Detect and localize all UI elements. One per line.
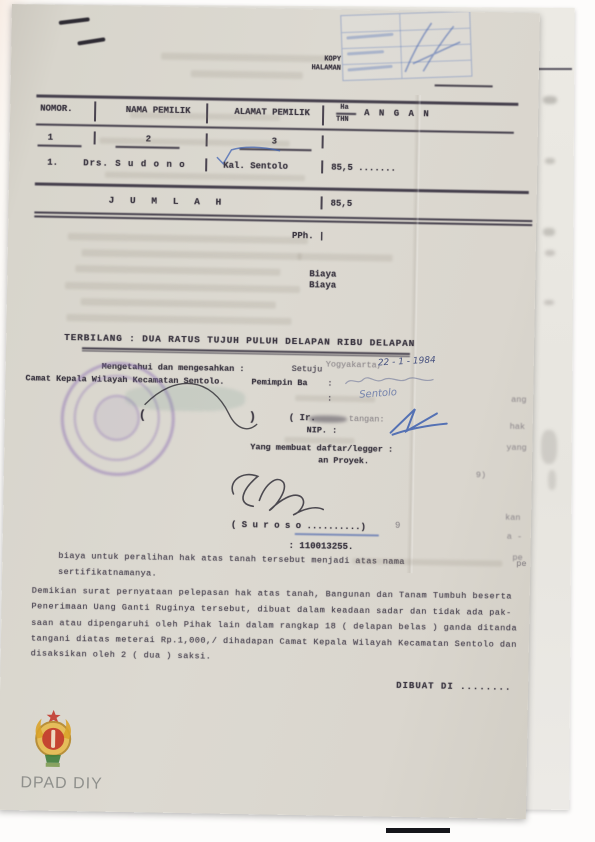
paragraph-line: disaksikan oleh 2 ( dua ) saksi. [31, 648, 212, 661]
column-divider [322, 105, 324, 125]
total-label: J U M L A H [108, 195, 226, 208]
edge-smudge [548, 470, 556, 490]
dpad-diy-logo-icon [31, 708, 76, 773]
table-top-rule [36, 94, 518, 105]
stamp-scribble [341, 12, 471, 80]
scanned-document: KOPY HALAMAN NOMOR. NAMA PEMILIK ALAMAT … [0, 0, 595, 842]
fold-crease [406, 95, 421, 573]
maker-signature [223, 460, 344, 522]
scanner-mark [386, 828, 450, 833]
document-page: KOPY HALAMAN NOMOR. NAMA PEMILIK ALAMAT … [0, 4, 540, 819]
fragment: hak [510, 422, 525, 432]
edge-smudge [544, 300, 554, 305]
total-value: 85,5 [330, 199, 352, 209]
body-sertifikat-line: sertifikatnamanya. [58, 567, 157, 579]
biaya-label-1: Biaya [309, 269, 336, 279]
ghost-line [66, 314, 291, 325]
row-no: 1. [47, 158, 58, 168]
handwritten-date: 22 - 1 - 1984 [378, 355, 436, 368]
ghost-line [105, 172, 305, 181]
fragment: kan [505, 513, 520, 523]
ghost-line [81, 298, 276, 308]
copy-stamp-line1: KOPY [297, 55, 341, 64]
paragraph-line: Penerimaan Uang Ganti Ruginya tersebut, … [31, 601, 511, 618]
col-header-fraction-top: Ha [340, 104, 349, 112]
col-header-nomor: NOMOR. [40, 104, 73, 115]
dpad-diy-label: DPAD DIY [20, 774, 103, 793]
signature-paren-open: ( [139, 408, 146, 422]
maker-nip: : 110013255. [288, 541, 353, 552]
edge-smudge [543, 96, 557, 104]
paragraph-line: Demikian surat pernyataan pelepasan hak … [32, 586, 512, 602]
ghost-line [65, 282, 300, 293]
nip-label: NIP. : [307, 425, 338, 436]
row-address: Kal. Sentolo [223, 161, 288, 172]
fragment: a - [507, 532, 522, 542]
blue-signature [384, 403, 455, 444]
paragraph-line: saan atau dipengaruhi oleh Pihak lain da… [31, 618, 517, 634]
ghost-line [298, 253, 393, 262]
col-number-1: 1 [48, 133, 54, 143]
column-divider [320, 196, 322, 209]
fragment: ang [511, 395, 526, 405]
maker-tail: 9 [395, 521, 401, 531]
top-right-line [435, 84, 493, 87]
ghost-line [130, 112, 280, 121]
column-divider [322, 135, 324, 148]
edge-smudge [545, 158, 555, 164]
number-underline [116, 146, 180, 149]
biaya-label-2: Biaya [309, 280, 336, 290]
row-rule [35, 182, 529, 193]
column-divider [321, 160, 323, 173]
row-name: Drs. S u d o n o [83, 158, 186, 170]
body-biaya-tail: pe [516, 559, 526, 569]
column-divider [94, 101, 96, 121]
ghost-line [75, 265, 280, 276]
pen-dash [59, 17, 90, 24]
registration-stamp [340, 11, 472, 81]
pen-dash [77, 37, 105, 45]
fragment: 9) [476, 470, 486, 480]
column-divider [205, 158, 207, 171]
ghost-line [82, 249, 302, 260]
paragraph-line: tangani diatas meterai Rp.1,000,/ dihada… [31, 633, 517, 649]
column-divider [94, 131, 96, 144]
copy-stamp-line2: HALAMAN [283, 64, 341, 73]
edge-smudge [545, 250, 555, 256]
number-underline [38, 144, 82, 146]
row-value: 85,5 ....... [331, 163, 396, 174]
dibuat-di-line: DIBUAT DI ........ [396, 681, 511, 693]
maker-title: Yang membuat daftar/legger : [250, 442, 393, 454]
fraction-rule [336, 113, 356, 115]
header-bottom-rule [36, 123, 514, 133]
maker-name: ( S u r o s o ..........) [231, 520, 366, 532]
pen-flourish [124, 366, 385, 441]
signer-name-smudge [309, 415, 347, 423]
edge-smudge [541, 430, 557, 464]
terbilang-line: TERBILANG : DUA RATUS TUJUH PULUH DELAPA… [64, 332, 415, 349]
signature-paren-close: ) [249, 410, 256, 424]
fragment: yang [506, 443, 527, 453]
ghost-line [68, 233, 308, 244]
blue-underline [295, 533, 379, 536]
col-header-fraction-bottom: THN [336, 116, 349, 124]
edge-smudge [543, 228, 555, 236]
tangan-ghost: tangan: [349, 414, 385, 425]
